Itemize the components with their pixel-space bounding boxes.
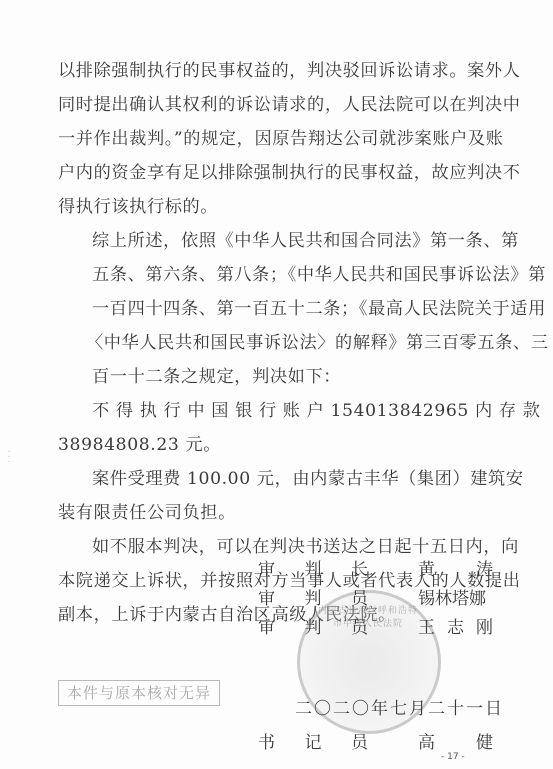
signature-title: 审 判 长 — [258, 555, 368, 580]
paragraph-legal-basis: 综上所述，依照《中华人民共和国合同法》第一条、第 五条、第六条、第八条；《中华人… — [58, 224, 476, 394]
text-line: 一并作出裁判。”的规定，因原告翔达公司就涉案账户及账 — [58, 122, 476, 156]
signature-judge-1: 审 判 员 锡林塔娜 — [258, 584, 498, 608]
document-page: · · · 以排除强制执行的民事权益的，判决驳回诉讼请求。案外人 同时提出确认其… — [0, 0, 553, 769]
text-line: 综上所述，依照《中华人民共和国合同法》第一条、第 — [58, 224, 476, 258]
text-line: 一百四十四条、第一百五十二条；《最高人民法院关于适用 — [58, 292, 476, 326]
text-line: 不 得 执 行 中 国 银 行 账 户 154013842965 内 存 款 — [58, 394, 476, 428]
signature-name: 黄 涛 — [418, 555, 493, 580]
judgment-date: 二〇二〇年七月二十一日 — [295, 694, 504, 719]
signature-name: 高 健 — [418, 728, 493, 753]
text-line: 38984808.23 元。 — [58, 428, 476, 462]
text-line: 〈中华人民共和国民事诉讼法〉的解释》第三百零五条、三 — [52, 326, 476, 360]
text-line: 户内的资金享有足以排除强制执行的民事权益，故应判决不 — [58, 156, 476, 190]
signature-title: 书 记 员 — [258, 728, 368, 753]
margin-scan-mark: · · · — [4, 450, 13, 463]
text-line: 得执行该执行标的。 — [58, 190, 476, 224]
signature-judge-2: 审 判 员 王 志 刚 — [258, 613, 498, 637]
signature-title: 审 判 员 — [258, 584, 368, 609]
signature-name: 王 志 刚 — [418, 613, 493, 638]
page-number: - 17 - — [441, 752, 465, 762]
text-line: 装有限责任公司负担。 — [58, 496, 476, 530]
copy-verification-stamp: 本件与原本核对无异 — [58, 680, 220, 706]
signature-presiding-judge: 审 判 长 黄 涛 — [258, 555, 498, 579]
paragraph-reasoning-end: 以排除强制执行的民事权益的，判决驳回诉讼请求。案外人 同时提出确认其权利的诉讼请… — [58, 54, 476, 224]
text-line: 案件受理费 100.00 元，由内蒙古丰华（集团）建筑安 — [58, 462, 476, 496]
judgment-body: 以排除强制执行的民事权益的，判决驳回诉讼请求。案外人 同时提出确认其权利的诉讼请… — [58, 54, 476, 632]
paragraph-court-fee: 案件受理费 100.00 元，由内蒙古丰华（集团）建筑安 装有限责任公司负担。 — [58, 462, 476, 530]
text-line: 百一十二条之规定，判决如下： — [58, 360, 476, 394]
text-line: 以排除强制执行的民事权益的，判决驳回诉讼请求。案外人 — [58, 54, 476, 88]
signature-name: 锡林塔娜 — [418, 584, 493, 609]
signature-clerk: 书 记 员 高 健 — [258, 728, 498, 752]
signature-title: 审 判 员 — [258, 613, 368, 638]
paragraph-judgment: 不 得 执 行 中 国 银 行 账 户 154013842965 内 存 款 3… — [58, 394, 476, 462]
text-line: 五条、第六条、第八条；《中华人民共和国民事诉讼法》第 — [58, 258, 476, 292]
text-line: 同时提出确认其权利的诉讼请求的，人民法院可以在判决中 — [58, 88, 476, 122]
